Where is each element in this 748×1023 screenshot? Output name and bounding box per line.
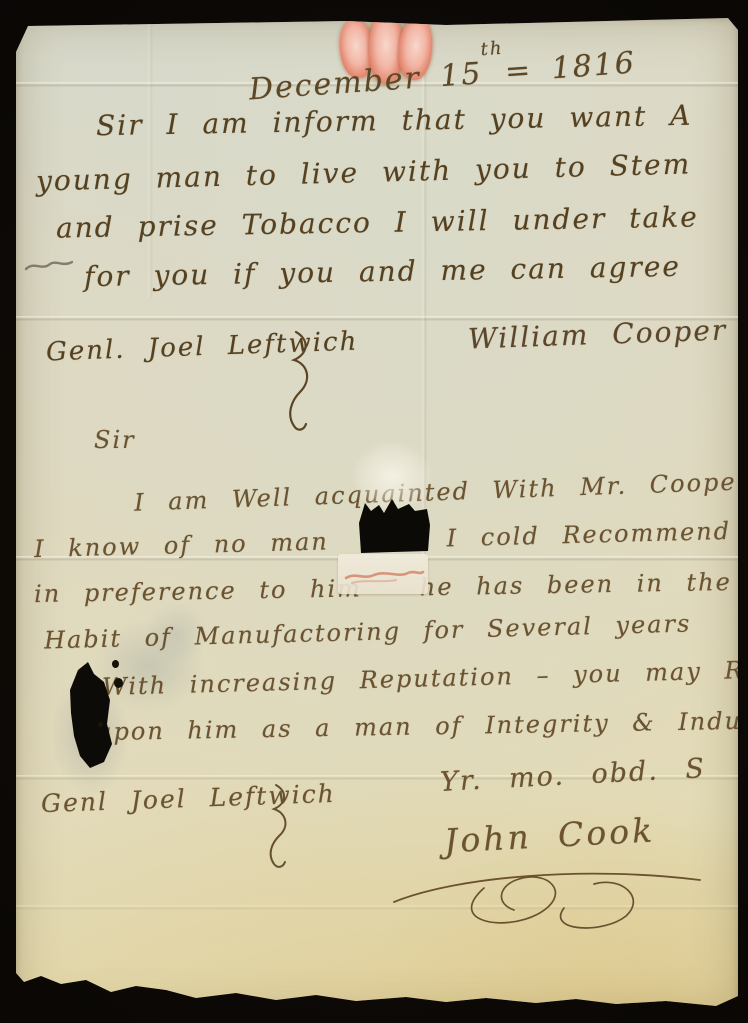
fold-crease-vertical-left (148, 18, 153, 298)
flourish-mark (256, 780, 296, 870)
letter1-line: for you if you and me can agree (84, 250, 681, 293)
paper-hole (341, 495, 441, 575)
letter2-closing: Yr. mo. obd. S (439, 753, 706, 798)
letter2-line3-left: in preference to him (34, 574, 362, 608)
ink-speck (114, 678, 123, 688)
date-pre: December 15 (248, 56, 484, 107)
ink-speck (98, 722, 103, 727)
signature-flourish (388, 852, 708, 932)
letter-paper: December 15th= 1816 Sir I am inform that… (16, 18, 738, 1016)
text-gap (362, 595, 420, 596)
flourish-mark (274, 326, 318, 434)
margin-scribble (24, 256, 76, 276)
letter1-line: Sir I am inform that you want A (96, 99, 693, 142)
ink-speck (112, 660, 119, 668)
letter2-line2-right: I cold Recommend (446, 517, 731, 552)
photo-background: December 15th= 1816 Sir I am inform that… (0, 0, 748, 1023)
letter2-salutation: Sir (94, 426, 136, 454)
letter2-line3-right: he has been in the (420, 568, 732, 601)
ink-blot (50, 658, 120, 783)
date-superscript: th (480, 38, 504, 61)
letter1-line: young man to live with you to Stem (36, 147, 692, 197)
